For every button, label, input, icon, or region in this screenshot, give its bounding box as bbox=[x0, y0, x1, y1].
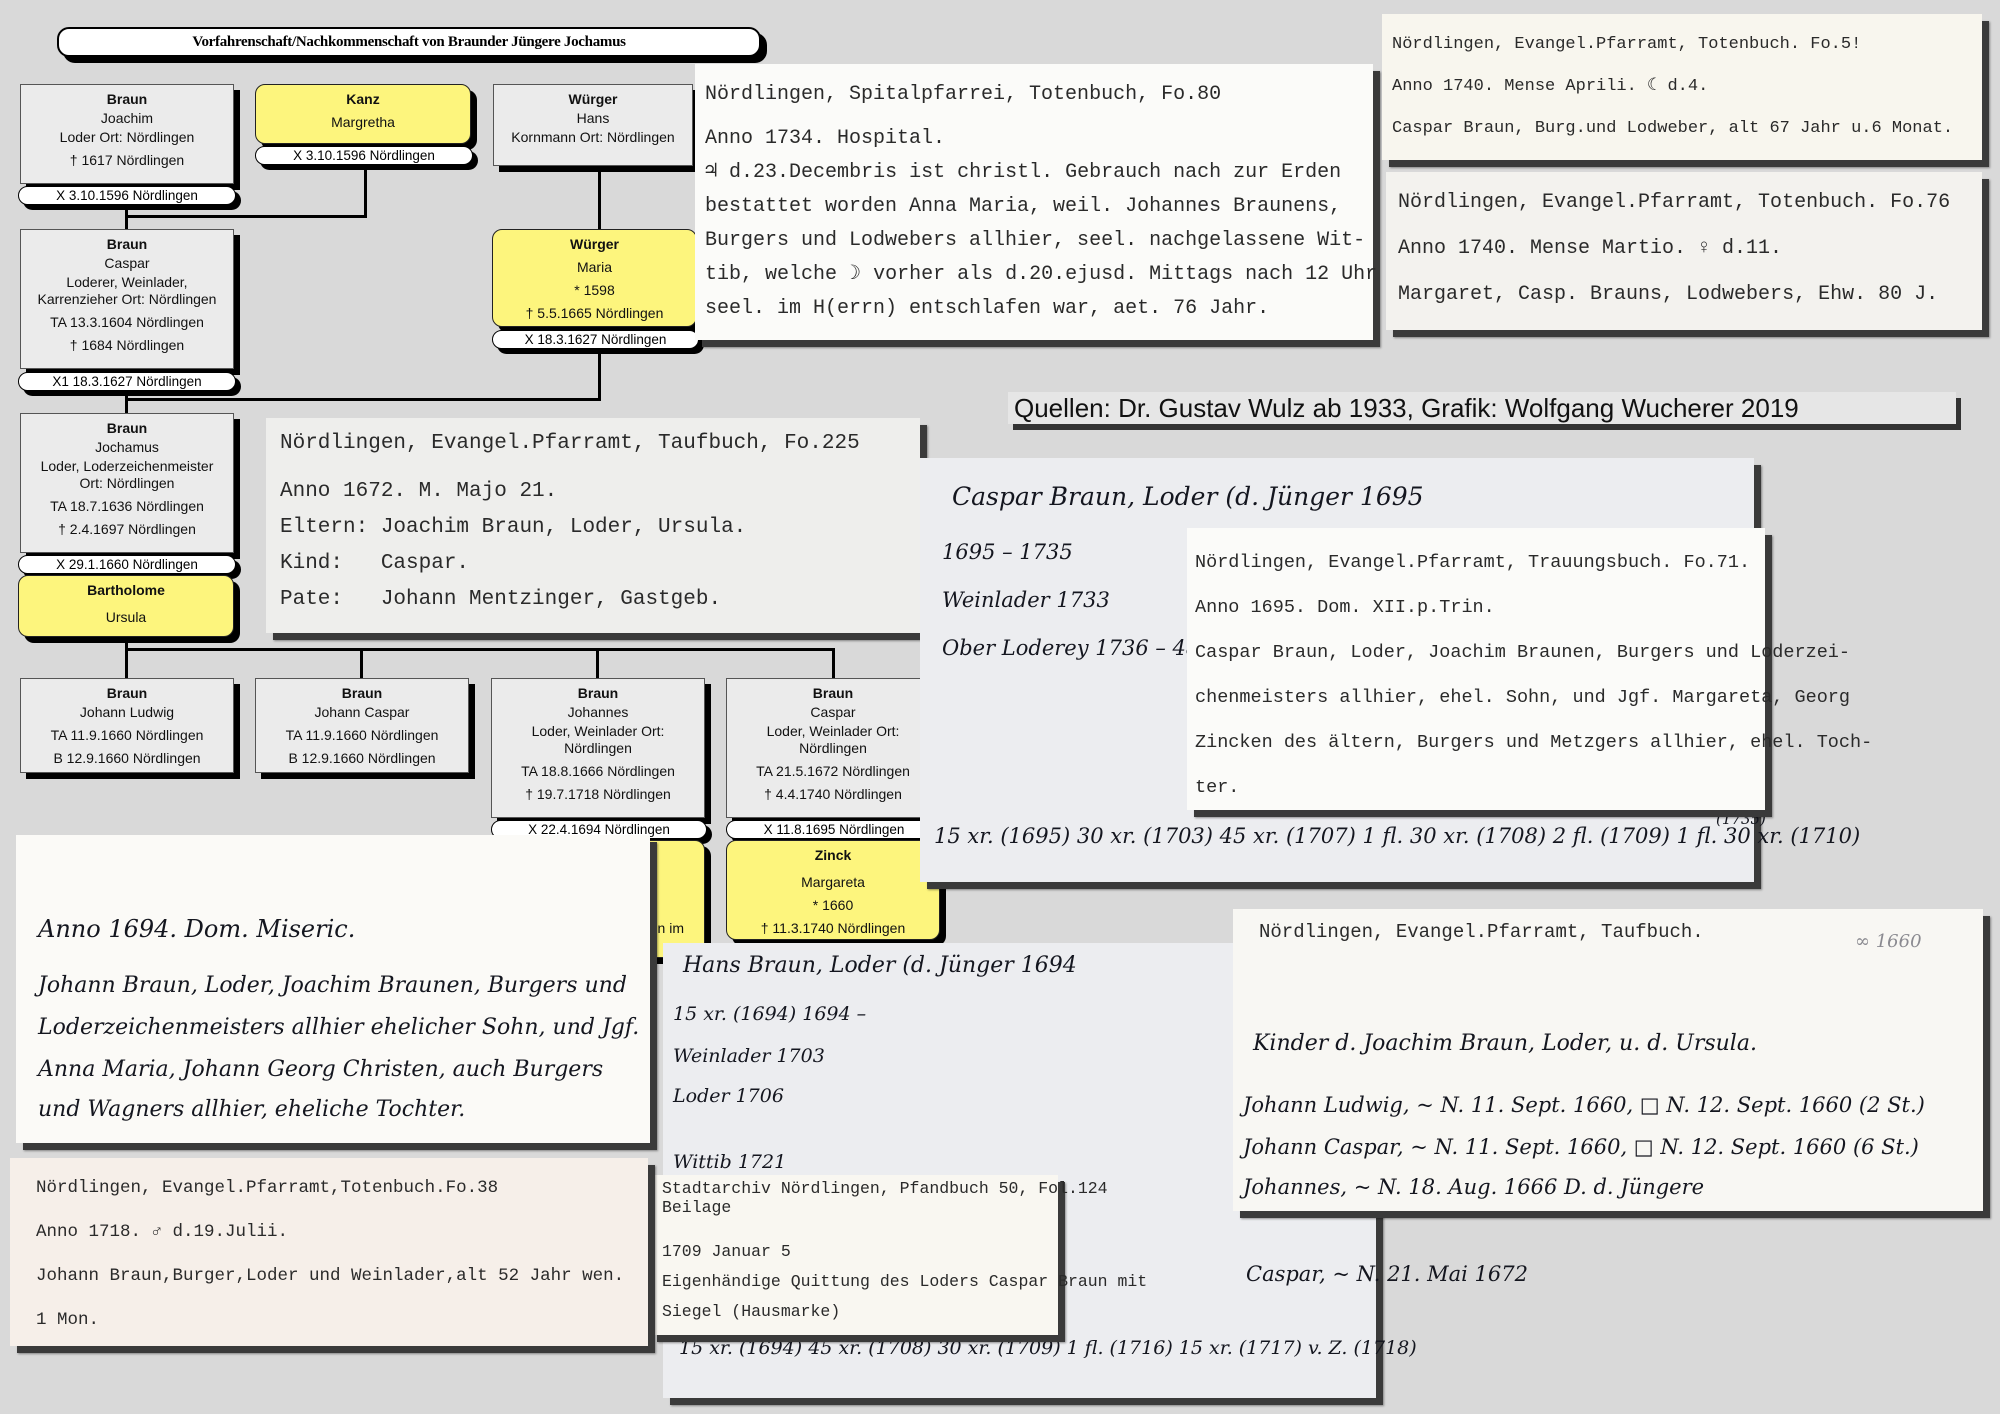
person-box-joachim-braun[interactable]: Braun Joachim Loder Ort: Nördlingen † 16… bbox=[20, 84, 234, 184]
connector-line bbox=[364, 163, 367, 218]
person-box-hans-wuerger[interactable]: Würger Hans Kornmann Ort: Nördlingen bbox=[493, 84, 693, 166]
source-card-taufbuch-fo225: Nördlingen, Evangel.Pfarramt, Taufbuch, … bbox=[266, 418, 920, 633]
person-box-ursula-bartholome[interactable]: Bartholome Ursula bbox=[18, 575, 234, 637]
person-box-caspar-braun-sr[interactable]: Braun Caspar Loderer, Weinlader, Karrenz… bbox=[20, 229, 234, 369]
source-card-anno-1694-marriage: Anno 1694. Dom. Miseric. Johann Braun, L… bbox=[16, 835, 650, 1143]
connector-line bbox=[598, 348, 601, 401]
connector-line bbox=[125, 637, 128, 679]
marriage-label: X 11.8.1695 Nördlingen bbox=[726, 820, 942, 839]
person-box-johannes-braun[interactable]: Braun Johannes Loder, Weinlader Ort: Nör… bbox=[491, 678, 705, 818]
person-box-maria-wuerger[interactable]: Würger Maria * 1598 † 5.5.1665 Nördlinge… bbox=[492, 229, 697, 327]
marriage-label: X 3.10.1596 Nördlingen bbox=[255, 146, 473, 165]
sources-caption: Quellen: Dr. Gustav Wulz ab 1933, Grafik… bbox=[1008, 392, 1956, 424]
marriage-label: X 29.1.1660 Nördlingen bbox=[18, 555, 236, 574]
connector-line bbox=[125, 393, 128, 415]
person-box-caspar-braun-jr[interactable]: Braun Caspar Loder, Weinlader Ort: Nördl… bbox=[726, 678, 940, 818]
connector-line bbox=[125, 215, 365, 218]
person-box-johann-caspar-braun[interactable]: Braun Johann Caspar TA 11.9.1660 Nördlin… bbox=[255, 678, 469, 773]
marriage-label: X1 18.3.1627 Nördlingen bbox=[18, 372, 236, 391]
connector-line bbox=[596, 648, 599, 679]
tree-title: Vorfahrenschaft/Nachkommenschaft von Bra… bbox=[57, 27, 761, 57]
person-box-jochamus-braun[interactable]: Braun Jochamus Loder, Loderzeichenmeiste… bbox=[20, 413, 234, 553]
connector-line bbox=[832, 648, 835, 679]
taufbuch-kinder-last-line: Caspar, ~ N. 21. Mai 1672 bbox=[1246, 1262, 1528, 1286]
person-box-margretha-kanz[interactable]: Kanz Margretha bbox=[255, 84, 471, 144]
source-card-trauungsbuch-fo71: Nördlingen, Evangel.Pfarramt, Trauungsbu… bbox=[1187, 528, 1765, 810]
source-card-totenbuch-fo38: Nördlingen, Evangel.Pfarramt,Totenbuch.F… bbox=[10, 1158, 648, 1346]
source-card-totenbuch-fo5: Nördlingen, Evangel.Pfarramt, Totenbuch.… bbox=[1382, 14, 1982, 160]
connector-line bbox=[360, 648, 363, 679]
source-card-spitalpfarrei-totenbuch: Nördlingen, Spitalpfarrei, Totenbuch, Fo… bbox=[695, 64, 1373, 340]
source-card-stadtarchiv-pfandbuch: Stadtarchiv Nördlingen, Pfandbuch 50, Fo… bbox=[650, 1175, 1058, 1335]
connector-line bbox=[125, 398, 601, 401]
connector-line bbox=[598, 165, 601, 230]
source-card-totenbuch-fo76: Nördlingen, Evangel.Pfarramt, Totenbuch.… bbox=[1386, 172, 1982, 330]
marriage-label: X 18.3.1627 Nördlingen bbox=[492, 330, 699, 349]
connector-line bbox=[125, 648, 835, 651]
person-box-johann-ludwig-braun[interactable]: Braun Johann Ludwig TA 11.9.1660 Nördlin… bbox=[20, 678, 234, 773]
source-card-taufbuch-kinder: Nördlingen, Evangel.Pfarramt, Taufbuch. … bbox=[1233, 909, 1983, 1211]
person-box-margareta-zinck[interactable]: Zinck Margareta * 1660 † 11.3.1740 Nördl… bbox=[726, 840, 940, 940]
marriage-label: X 3.10.1596 Nördlingen bbox=[18, 186, 236, 205]
